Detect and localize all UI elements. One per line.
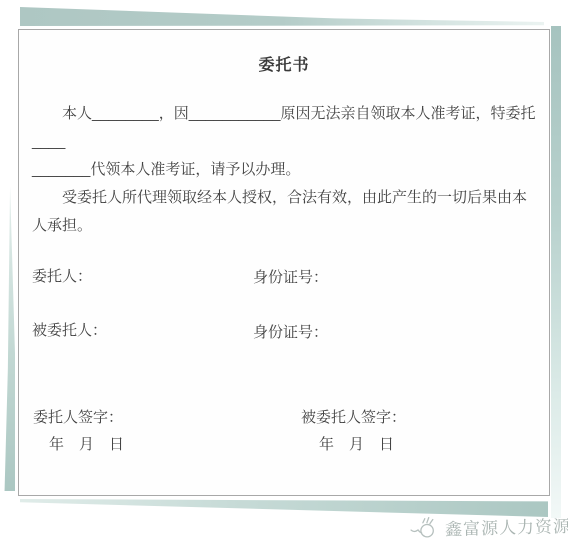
agent-id-label: 身份证号： [253,321,328,342]
bird-logo-icon [410,516,441,541]
agent-label: 被委托人： [32,319,107,340]
date-right-label: 年 月 日 [319,433,394,454]
document-card: 委托书 本人________，因___________原因无法亲自领取本人准考证… [18,29,550,496]
watermark: 鑫富源人力资源 [410,512,568,541]
body-line: 受委托人所代理领取经本人授权，合法有效，由此产生的一切后果由本 [32,184,545,212]
body-line: 本人________，因___________原因无法亲自领取本人准考证，特委托… [32,100,545,156]
body-line: _______代领本人准考证，请予以办理。 [32,156,545,184]
principal-label: 委托人： [32,265,92,286]
principal-id-label: 身份证号： [253,266,328,287]
backing-sheet-top-edge [20,6,544,26]
agent-signature-label: 被委托人签字： [301,406,406,427]
body-paragraph: 本人________，因___________原因无法亲自领取本人准考证，特委托… [32,100,545,240]
date-left-label: 年 月 日 [49,433,124,454]
document-title: 委托书 [19,52,549,75]
body-line: 人承担。 [32,212,545,240]
page-background: 委托书 本人________，因___________原因无法亲自领取本人准考证… [0,0,568,552]
principal-signature-label: 委托人签字： [33,406,123,427]
backing-sheet-left-edge [4,186,15,491]
backing-sheet-right-edge [551,26,561,518]
watermark-text: 鑫富源人力资源 [445,512,568,540]
